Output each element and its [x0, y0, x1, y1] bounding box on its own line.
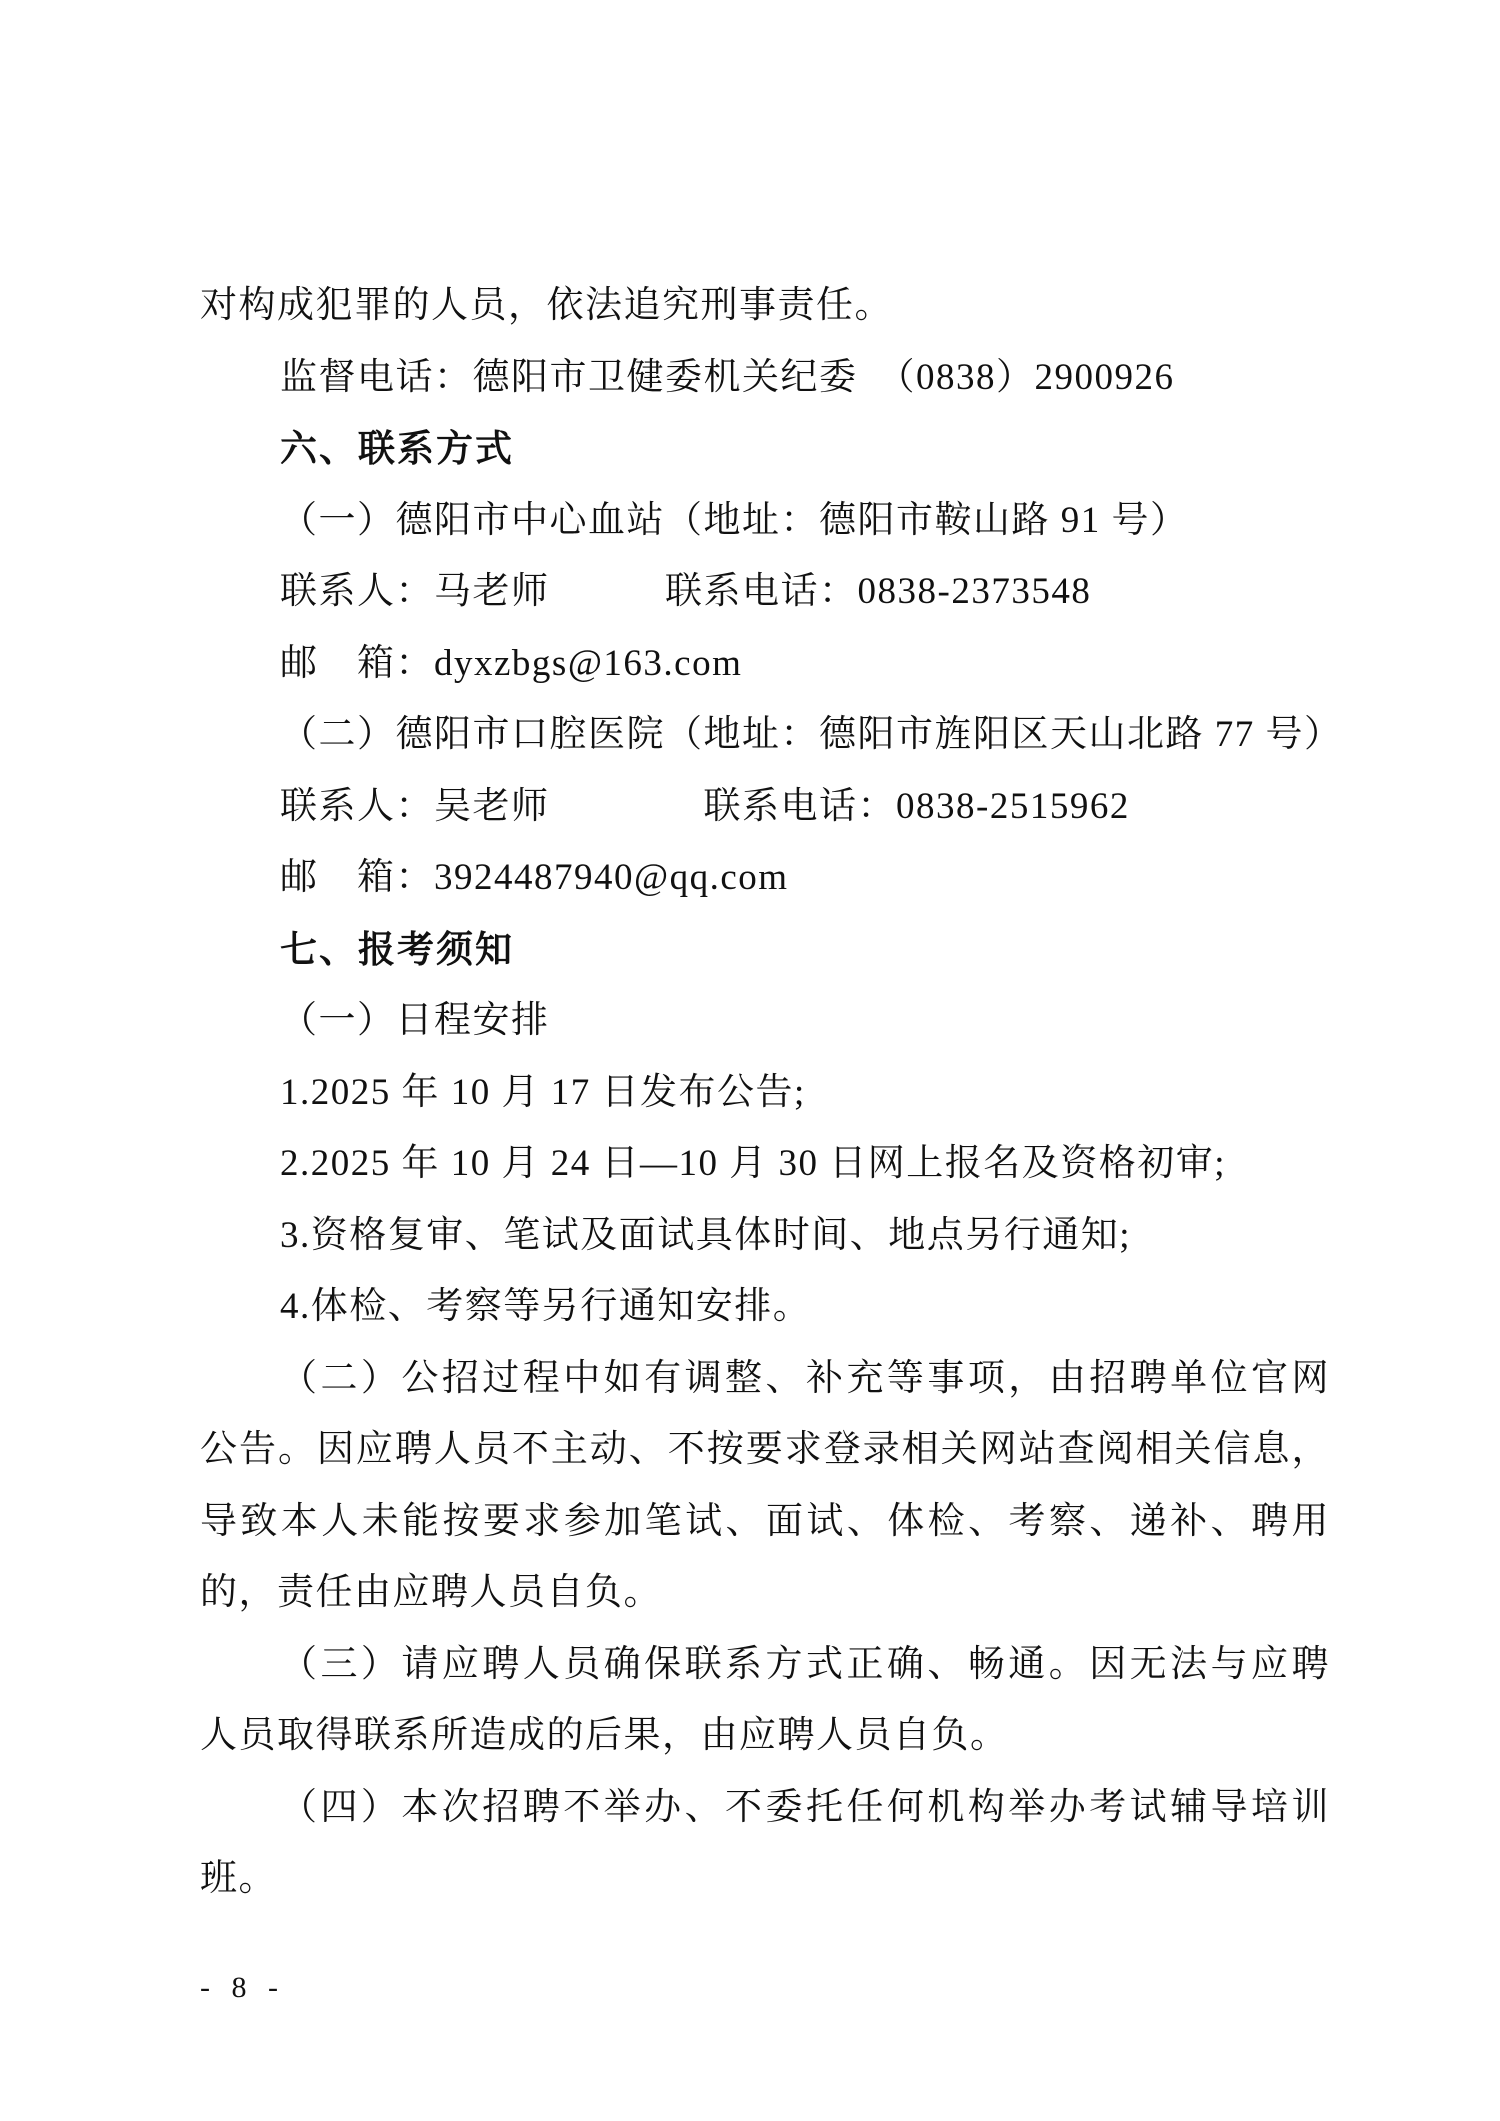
doc-line-para2-2: 公告。因应聘人员不主动、不按要求登录相关网站查阅相关信息， [200, 1414, 1330, 1486]
document-body: 对构成犯罪的人员，依法追究刑事责任。 监督电话：德阳市卫健委机关纪委 （0838… [200, 270, 1330, 1915]
doc-line-schedule-item2: 2.2025 年 10 月 24 日—10 月 30 日网上报名及资格初审; [200, 1128, 1330, 1200]
doc-line-schedule-item1: 1.2025 年 10 月 17 日发布公告; [200, 1057, 1330, 1129]
doc-line-para2-1: （二）公招过程中如有调整、补充等事项，由招聘单位官网 [200, 1343, 1330, 1415]
doc-line-org2-address: （二）德阳市口腔医院（地址：德阳市旌阳区天山北路 77 号） [200, 699, 1330, 771]
doc-line-org1-address: （一）德阳市中心血站（地址：德阳市鞍山路 91 号） [200, 485, 1330, 557]
doc-line-para2-4: 的，责任由应聘人员自负。 [200, 1557, 1330, 1629]
doc-line-org1-email: 邮 箱：dyxzbgs@163.com [200, 628, 1330, 700]
doc-line-para3-1: （三）请应聘人员确保联系方式正确、畅通。因无法与应聘 [200, 1629, 1330, 1701]
doc-line-schedule-item3: 3.资格复审、笔试及面试具体时间、地点另行通知; [200, 1200, 1330, 1272]
doc-line-org2-email: 邮 箱：3924487940@qq.com [200, 842, 1330, 914]
document-page: 对构成犯罪的人员，依法追究刑事责任。 监督电话：德阳市卫健委机关纪委 （0838… [0, 0, 1500, 2121]
page-number: - 8 - [200, 1966, 285, 2010]
doc-line-para4-1: （四）本次招聘不举办、不委托任何机构举办考试辅导培训 [200, 1772, 1330, 1844]
doc-line-org1-contact: 联系人：马老师 联系电话：0838-2373548 [200, 556, 1330, 628]
doc-line-continuation: 对构成犯罪的人员，依法追究刑事责任。 [200, 270, 1330, 342]
doc-line-para2-3: 导致本人未能按要求参加笔试、面试、体检、考察、递补、聘用 [200, 1486, 1330, 1558]
section-heading-notice: 七、报考须知 [200, 914, 1330, 986]
doc-line-schedule-item4: 4.体检、考察等另行通知安排。 [200, 1271, 1330, 1343]
doc-line-para3-2: 人员取得联系所造成的后果，由应聘人员自负。 [200, 1700, 1330, 1772]
doc-line-supervision-phone: 监督电话：德阳市卫健委机关纪委 （0838）2900926 [200, 342, 1330, 414]
doc-line-para4-2: 班。 [200, 1843, 1330, 1915]
doc-line-schedule-title: （一）日程安排 [200, 985, 1330, 1057]
section-heading-contact: 六、联系方式 [200, 413, 1330, 485]
doc-line-org2-contact: 联系人：吴老师 联系电话：0838-2515962 [200, 771, 1330, 843]
